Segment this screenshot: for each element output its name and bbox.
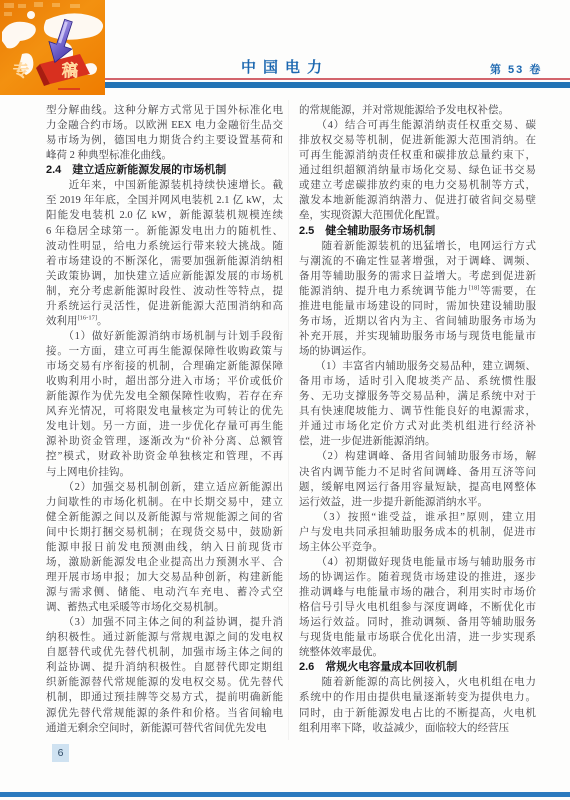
logo-fine-print-mark [58, 88, 80, 90]
text-line: 力间歇性的市场化机制。在中长期交易中，建立 [46, 495, 283, 510]
text-line: 接。一方面，建立可再生能源保障性收购政策与 [46, 344, 283, 359]
text-line: 关政策协调，加快建立适应新能源发展的市场机 [46, 269, 283, 284]
text-line: 新能源作为优先发电全额保障性收购，若存在弃 [46, 389, 283, 404]
text-line: 运行效益，进一步提升新能源消纳水平。 [299, 495, 536, 510]
text-line: 垒，实现资源大范围优化配置。 [299, 208, 536, 223]
text-line: 通过组织超额消纳量市场化交易、绿色证书交易 [299, 163, 536, 178]
text-line: （2）加强交易机制创新，建立适应新能源出 [46, 480, 283, 495]
text-line: （4）结合可再生能源消纳责任权重交易、碳 [299, 118, 536, 133]
text-line: 健全新能源之间以及新能源与常规能源之间的省 [46, 510, 283, 525]
text-line: 随着新能源装机的迅猛增长，电网运行方式 [299, 239, 536, 254]
text-line: 力金融合约市场。以欧洲 EEX 电力金融衍生品交 [46, 118, 283, 133]
text-line: 调、蓄热式电采暖等市场化交易机制。 [46, 600, 283, 615]
text-line: 组利用率下降，收益减少，面临较大的经营压 [299, 721, 536, 736]
text-line: 源优先替代常规能源的条件和价格。当省间输电 [46, 706, 283, 721]
text-line: 间中长期打捆交易机制；在现货交易中，鼓励新 [46, 525, 283, 540]
text-line: 通道无剩余空间时，新能源可替代省间优先发电 [46, 721, 283, 736]
text-line: 型分解曲线。这种分解方式常见于国外标准化电 [46, 103, 283, 118]
right-column: 的常规能源，并对常规能源给予发电权补偿。 （4）结合可再生能源消纳责任权重交易、… [299, 103, 536, 736]
section-heading: 2.4 建立适应新能源发展的市场机制 [46, 163, 283, 178]
text-line: （4）初期做好现货电能量市场与辅助服务市 [299, 555, 536, 570]
journal-title: 中国电力 [0, 56, 570, 77]
text-line: 市场交易有序衔接的机制，合理确定新能源保障 [46, 359, 283, 374]
text-line: 推进电能量市场建设的同时，需加快建设辅助服 [299, 299, 536, 314]
text-line: 收购利用小时，超出部分进入市场；平价或低价 [46, 374, 283, 389]
text-line: （3）按照“谁受益，谁承担”原则，建立用 [299, 510, 536, 525]
text-line: 决省内调节能力不足时省间调峰、备用互济等问 [299, 465, 536, 480]
text-line: 能源申报日前发电预测曲线，纳入日前现货市 [46, 540, 283, 555]
text-line: 补充开展，并实现辅助服务市场与现货电能量市 [299, 329, 536, 344]
section-heading: 2.5 健全辅助服务市场机制 [299, 224, 536, 239]
text-line: 6 年稳居全球第一。新能源发电出力的随机性、 [46, 224, 283, 239]
text-line: 升系统运行灵活性，促进新能源大范围消纳和高 [46, 299, 283, 314]
text-line: 控”模式，财政补助资金单独核定和管理，不再 [46, 449, 283, 464]
text-line: 场，激励新能源发电企业提高出力预测水平、合 [46, 555, 283, 570]
text-line: （3）加强不同主体之间的利益协调，提升消 [46, 615, 283, 630]
page-number-badge: 6 [52, 744, 69, 762]
text-line: 排放权交易等机制，促进新能源大范围消纳。在 [299, 133, 536, 148]
text-line: 场运行效益。同时，推动调频、备用等辅助服务 [299, 615, 536, 630]
text-line: 并通过市场化定价方式对此类机组进行经济补 [299, 419, 536, 434]
text-line: 风弃光情况，可将限发电量核定为可转让的优先 [46, 404, 283, 419]
text-line: 至 2019 年年底，全国并网风电装机 2.1 亿 kW，太 [46, 193, 283, 208]
special-feature-logo: 专 稿 [0, 0, 105, 95]
text-line: 格信号引导火电机组参与深度调峰，不断优化市 [299, 600, 536, 615]
text-line: 阳能发电装机 2.0 亿 kW，新能源装机规模连续 [46, 208, 283, 223]
text-line: （1）丰富省内辅助服务交易品种，建立调频、 [299, 359, 536, 374]
text-line: 源补助资金管理，逐渐改为“价补分离、总额管 [46, 434, 283, 449]
text-line: 激发本地新能源消纳潜力、促进打破省间交易壁 [299, 193, 536, 208]
text-line: 易市场为例，德国电力期货合约主要设置基荷和 [46, 133, 283, 148]
text-line: 制，充分考虑新能源时段性、波动性等特点，提 [46, 284, 283, 299]
text-line: 效利用[16-17]。 [46, 314, 283, 329]
text-line: 偿，进一步促进新能源消纳。 [299, 434, 536, 449]
column-fold-shadow [288, 100, 289, 740]
text-line: 备用市场，适时引入爬坡类产品、系统惯性服 [299, 374, 536, 389]
text-line: （2）构建调峰、备用省间辅助服务市场，解 [299, 449, 536, 464]
text-line: 与上网电价挂钩。 [46, 465, 283, 480]
section-heading: 2.6 常规火电容量成本回收机制 [299, 660, 536, 675]
text-line: 利益协调、提升消纳积极性。自愿替代即定期组 [46, 660, 283, 675]
text-line: 峰荷 2 种典型标准化曲线。 [46, 148, 283, 163]
text-line: 与现货电能量市场联合优化出清，进一步实现系 [299, 630, 536, 645]
text-line: 波动性明显，给电力系统运行带来较大挑战。随 [46, 239, 283, 254]
left-column: 型分解曲线。这种分解方式常见于国外标准化电力金融合约市场。以欧洲 EEX 电力金… [46, 103, 283, 736]
footer-blue-rule [0, 792, 570, 797]
text-line: 机制，即通过预挂牌等交易方式，提前明确新能 [46, 690, 283, 705]
text-line: 推动调峰与电能量市场的融合，利用实时市场价 [299, 585, 536, 600]
text-line: 随着新能源的高比例接入，火电机组在电力 [299, 675, 536, 690]
text-line: 务、无功支撑服务等交易品种，满足系统中对于 [299, 389, 536, 404]
text-line: 同时，由于新能源发电占比的不断提高，火电机 [299, 706, 536, 721]
text-line: 与潮流的不确定性显著增强，对于调峰、调频、 [299, 254, 536, 269]
text-line: 务市场，近期以省内为主、省间辅助服务市场为 [299, 314, 536, 329]
text-line: 户与发电共同承担辅助服务成本的机制，促进市 [299, 525, 536, 540]
text-line: 可再生能源消纳责任权重和碳排放总量约束下， [299, 148, 536, 163]
text-line: 场主体公平竞争。 [299, 540, 536, 555]
text-line: 场的协调运作。随着现货市场建设的推进，逐步 [299, 570, 536, 585]
journal-page: 专 稿 中国电力 第 53 卷 型分解曲线。这种分解方式常见于国外标准化电力金融… [0, 0, 570, 800]
text-line: 理开展市场申报；加大交易品种创新，构建新能 [46, 570, 283, 585]
text-line: 具有快速爬坡能力、调节性能良好的电源需求， [299, 404, 536, 419]
text-line: 着市场建设的不断深化，需要加强新能源消纳相 [46, 254, 283, 269]
text-line: 题，缓解电网运行备用容量短缺，提高电网整体 [299, 480, 536, 495]
volume-label: 第 53 卷 [490, 61, 542, 77]
text-line: 纳积极性。通过新能源与常规电源之间的发电权 [46, 630, 283, 645]
text-line: 备用等辅助服务的需求日益增大。考虑到促进新 [299, 269, 536, 284]
text-line: 的常规能源，并对常规能源给予发电权补偿。 [299, 103, 536, 118]
text-line: （1）做好新能源消纳市场机制与计划手段衔 [46, 329, 283, 344]
text-line: 能源消纳、提升电力系统调节能力[18]等需要，在 [299, 284, 536, 299]
text-line: 场的协调运作。 [299, 344, 536, 359]
text-line: 自愿替代或优先替代机制，加强市场主体之间的 [46, 645, 283, 660]
text-line: 源与需求侧、储能、电动汽车充电、蓄冷式空 [46, 585, 283, 600]
text-line: 或建立考虑碳排放约束的电力交易机制等方式， [299, 178, 536, 193]
text-line: 织新能源替代常规能源的发电权交易。优先替代 [46, 675, 283, 690]
text-line: 发电计划。另一方面，进一步优化存量可再生能 [46, 419, 283, 434]
text-line: 统整体效率最优。 [299, 645, 536, 660]
text-line: 近年来，中国新能源装机持续快速增长。截 [46, 178, 283, 193]
text-line: 系统中的作用由提供电量逐渐转变为提供电力。 [299, 690, 536, 705]
